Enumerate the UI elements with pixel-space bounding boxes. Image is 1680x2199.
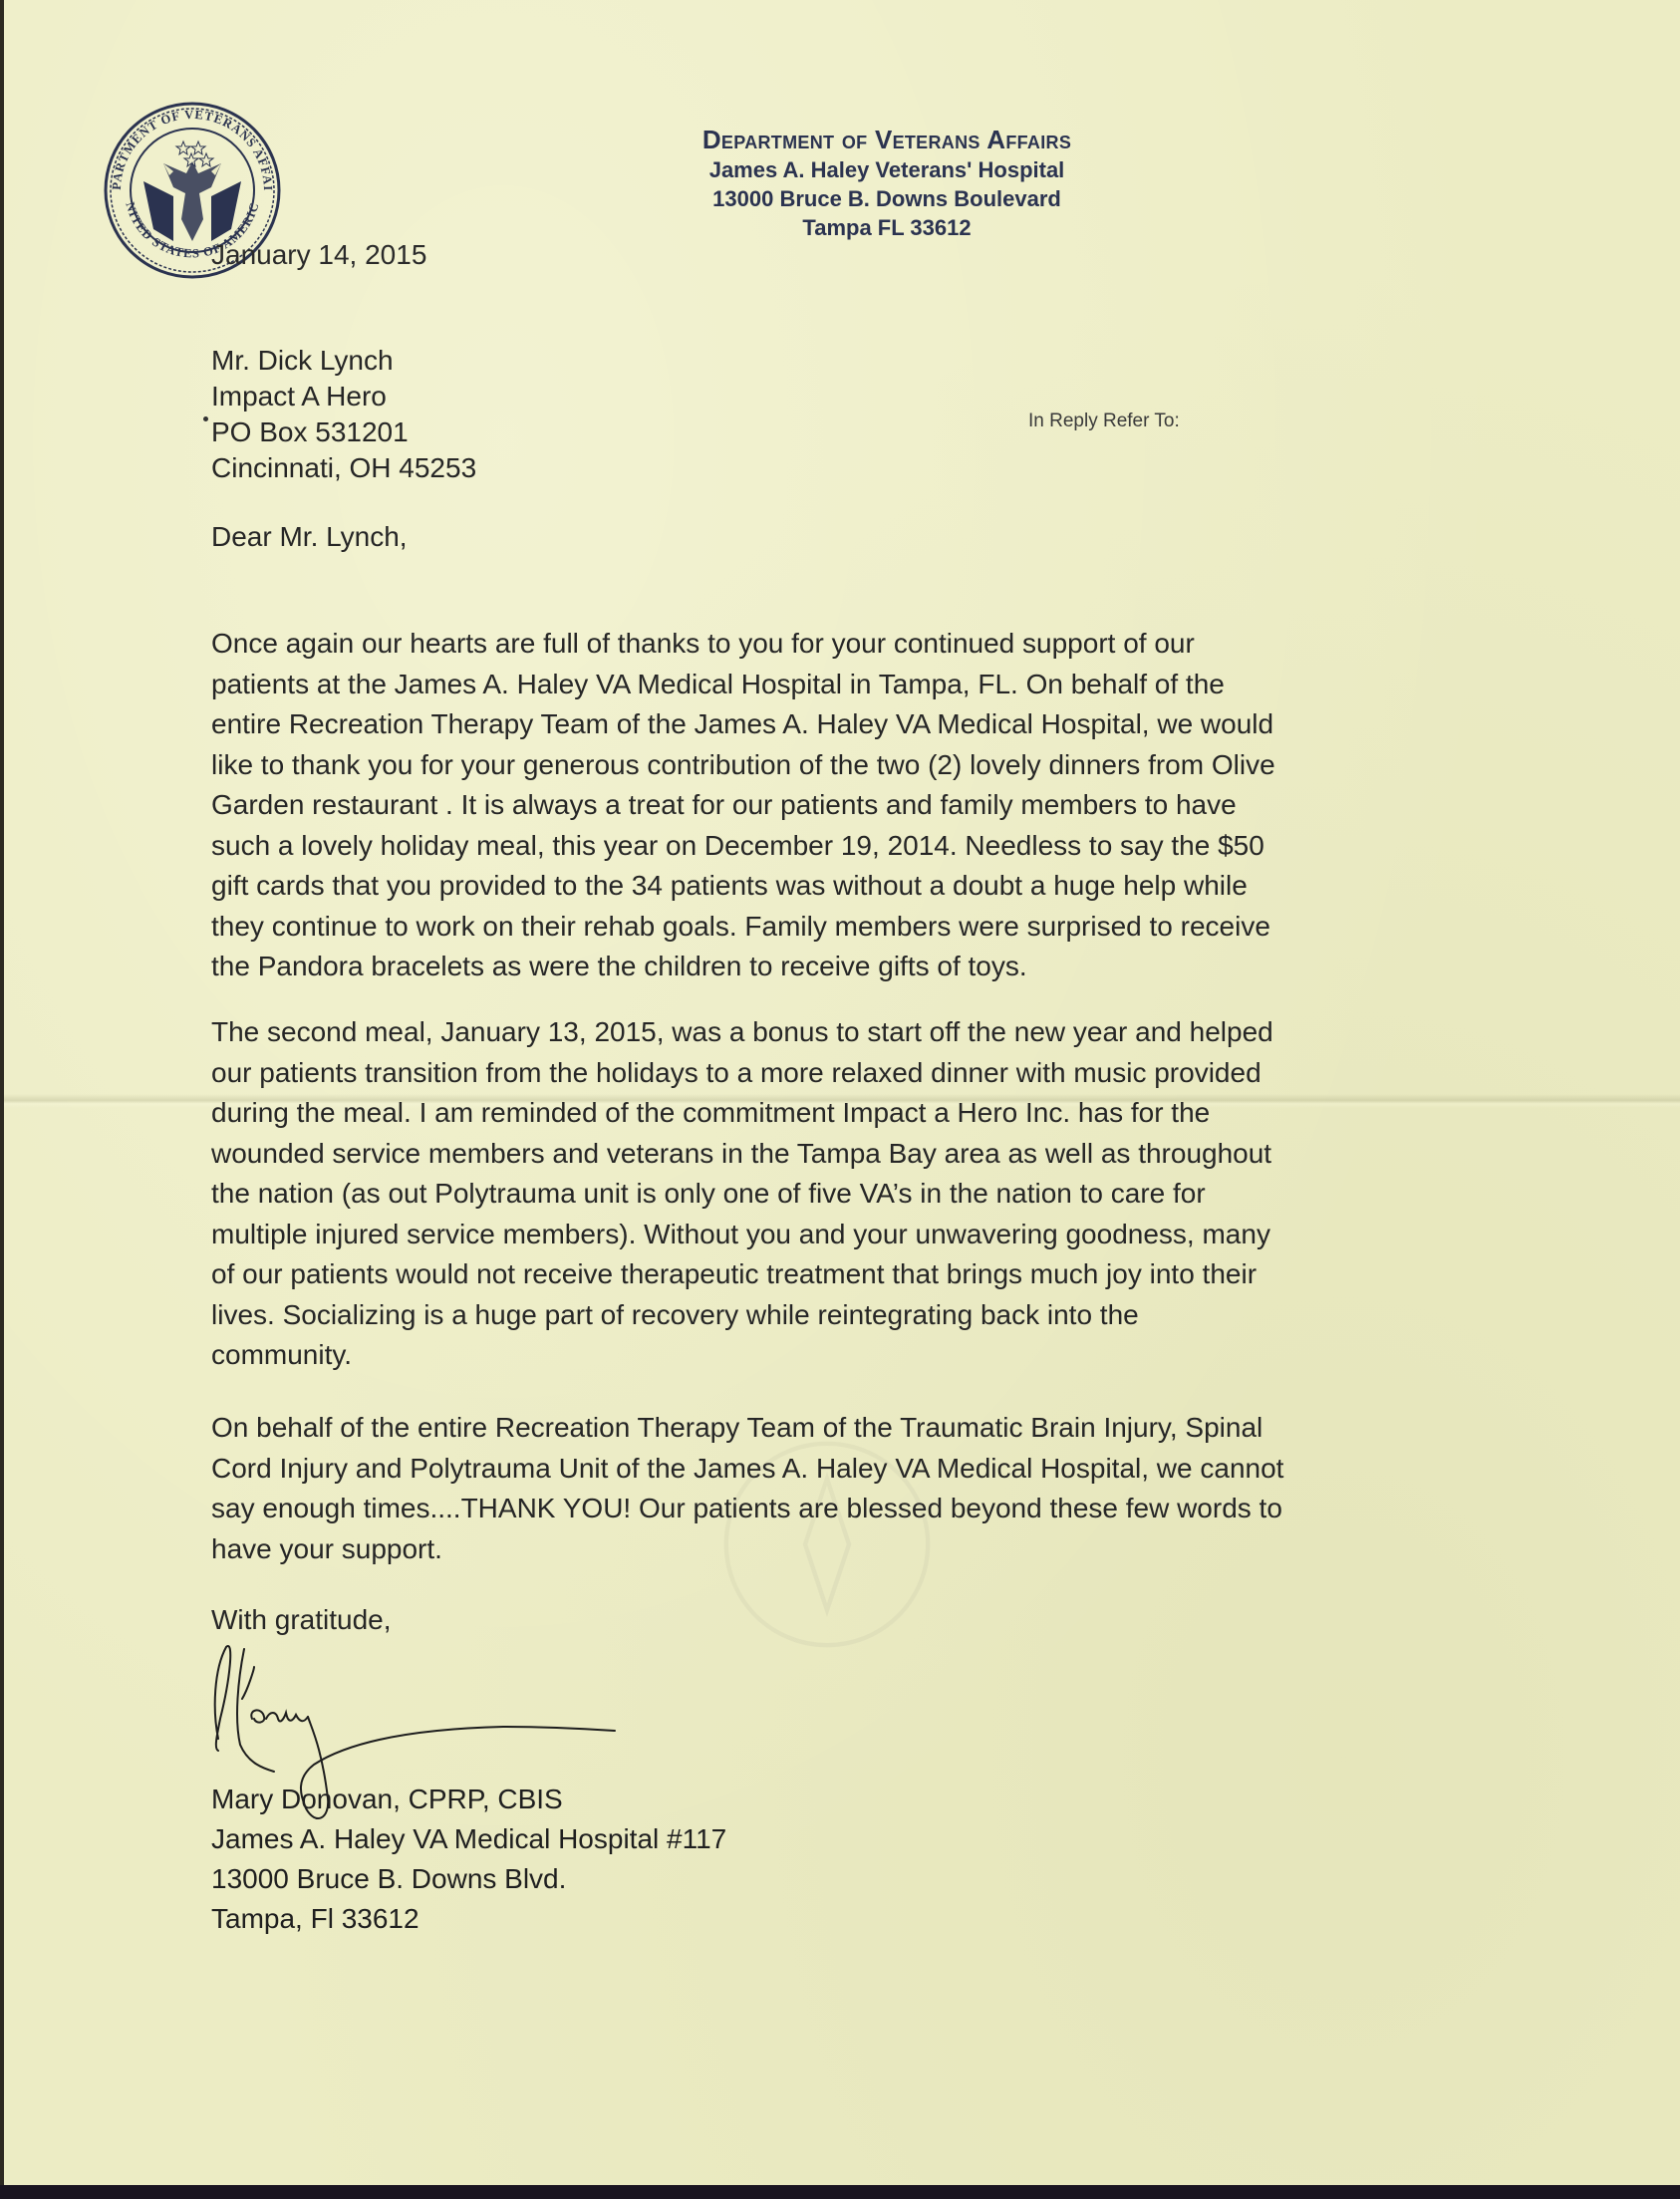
hospital-name: James A. Haley Veterans' Hospital <box>538 155 1236 184</box>
scan-bottom-edge <box>0 2185 1680 2199</box>
recipient-name: Mr. Dick Lynch <box>211 343 476 379</box>
signer-affiliation: James A. Haley VA Medical Hospital #117 <box>211 1819 726 1859</box>
signer-name: Mary Donovan, CPRP, CBIS <box>211 1780 726 1819</box>
letterhead: Department of Veterans Affairs James A. … <box>538 124 1236 242</box>
signer-street: 13000 Bruce B. Downs Blvd. <box>211 1859 726 1899</box>
closing: With gratitude, <box>211 1604 392 1636</box>
scan-left-edge <box>0 0 4 2199</box>
department-name: Department of Veterans Affairs <box>538 124 1236 155</box>
paragraph-2: The second meal, January 13, 2015, was a… <box>211 1012 1507 1376</box>
letter-date: January 14, 2015 <box>211 239 426 271</box>
watermark-icon <box>717 1435 937 1654</box>
stray-mark <box>203 416 208 421</box>
recipient-organization: Impact A Hero <box>211 379 476 414</box>
recipient-address: Mr. Dick Lynch Impact A Hero PO Box 5312… <box>211 343 476 486</box>
signer-city: Tampa, Fl 33612 <box>211 1899 726 1939</box>
reply-reference: In Reply Refer To: <box>1028 411 1180 432</box>
paragraph-1: Once again our hearts are full of thanks… <box>211 624 1507 987</box>
hospital-street: 13000 Bruce B. Downs Boulevard <box>538 184 1236 213</box>
signature-block: Mary Donovan, CPRP, CBIS James A. Haley … <box>211 1780 726 1939</box>
recipient-po-box: PO Box 531201 <box>211 414 476 450</box>
salutation: Dear Mr. Lynch, <box>211 521 408 553</box>
hospital-city: Tampa FL 33612 <box>538 213 1236 242</box>
recipient-city: Cincinnati, OH 45253 <box>211 450 476 486</box>
